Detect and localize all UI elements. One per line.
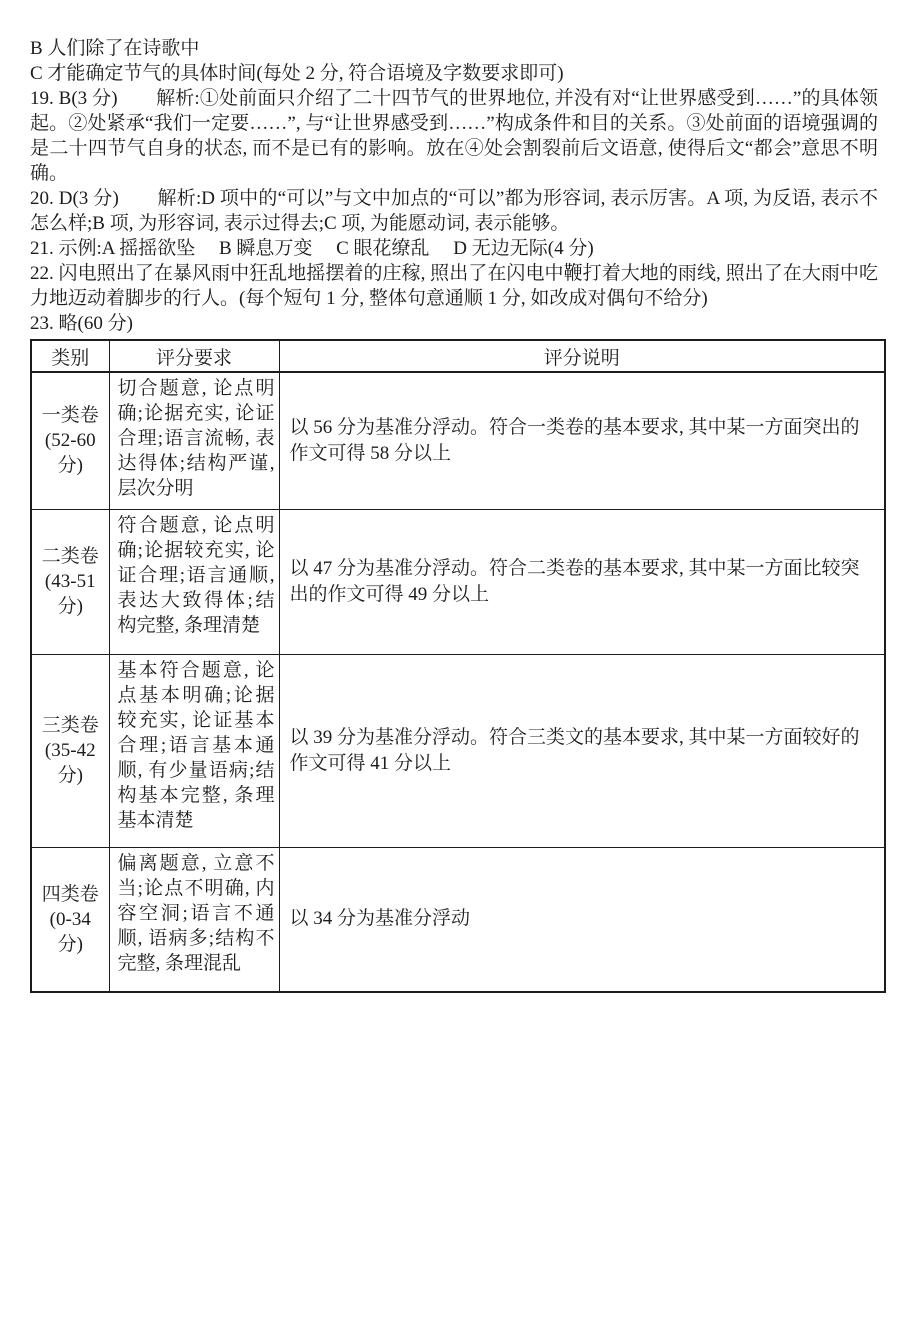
grade1-category-cell: 一类卷 (52-60 分) <box>31 372 109 509</box>
answer-item-20: 20. D(3 分) 解析:D 项中的“可以”与文中加点的“可以”都为形容词, … <box>30 186 878 236</box>
scoring-rubric-table: 类别 评分要求 评分说明 一类卷 (52-60 分) 切合题意, 论点明确;论据… <box>30 339 886 993</box>
grade4-explanation-cell: 以 34 分为基准分浮动 <box>279 847 885 992</box>
answer-item-21: 21. 示例:A 摇摇欲坠 B 瞬息万变 C 眼花缭乱 D 无边无际(4 分) <box>30 236 878 261</box>
table-header-row: 类别 评分要求 评分说明 <box>31 340 885 372</box>
grade1-explanation-cell: 以 56 分为基准分浮动。符合一类卷的基本要求, 其中某一方面突出的作文可得 5… <box>279 372 885 509</box>
header-requirements: 评分要求 <box>109 340 279 372</box>
grade3-requirements-cell: 基本符合题意, 论点基本明确;论据较充实, 论证基本合理;语言基本通顺, 有少量… <box>109 654 279 847</box>
answer-item-19: 19. B(3 分) 解析:①处前面只介绍了二十四节气的世界地位, 并没有对“让… <box>30 86 878 186</box>
header-explanation: 评分说明 <box>279 340 885 372</box>
grade2-explanation-cell: 以 47 分为基准分浮动。符合二类卷的基本要求, 其中某一方面比较突出的作文可得… <box>279 509 885 654</box>
answer-line-c: C 才能确定节气的具体时间(每处 2 分, 符合语境及字数要求即可) <box>30 61 878 86</box>
grade2-requirements-cell: 符合题意, 论点明确;论据较充实, 论证合理;语言通顺, 表达大致得体;结构完整… <box>109 509 279 654</box>
grade4-requirements-cell: 偏离题意, 立意不当;论点不明确, 内容空洞;语言不通顺, 语病多;结构不完整,… <box>109 847 279 992</box>
table-row-grade3: 三类卷 (35-42 分) 基本符合题意, 论点基本明确;论据较充实, 论证基本… <box>31 654 885 847</box>
answer-line-b: B 人们除了在诗歌中 <box>30 36 878 61</box>
grade3-explanation-cell: 以 39 分为基准分浮动。符合三类文的基本要求, 其中某一方面较好的作文可得 4… <box>279 654 885 847</box>
grade1-requirements-cell: 切合题意, 论点明确;论据充实, 论证合理;语言流畅, 表达得体;结构严谨, 层… <box>109 372 279 509</box>
table-row-grade1: 一类卷 (52-60 分) 切合题意, 论点明确;论据充实, 论证合理;语言流畅… <box>31 372 885 509</box>
table-row-grade4: 四类卷 (0-34 分) 偏离题意, 立意不当;论点不明确, 内容空洞;语言不通… <box>31 847 885 992</box>
document-page: B 人们除了在诗歌中 C 才能确定节气的具体时间(每处 2 分, 符合语境及字数… <box>0 0 900 1337</box>
answer-item-23: 23. 略(60 分) <box>30 311 878 336</box>
grade2-category-cell: 二类卷 (43-51 分) <box>31 509 109 654</box>
grade3-category-cell: 三类卷 (35-42 分) <box>31 654 109 847</box>
table-row-grade2: 二类卷 (43-51 分) 符合题意, 论点明确;论据较充实, 论证合理;语言通… <box>31 509 885 654</box>
header-category: 类别 <box>31 340 109 372</box>
answer-item-22: 22. 闪电照出了在暴风雨中狂乱地摇摆着的庄稼, 照出了在闪电中鞭打着大地的雨线… <box>30 261 878 311</box>
grade4-category-cell: 四类卷 (0-34 分) <box>31 847 109 992</box>
